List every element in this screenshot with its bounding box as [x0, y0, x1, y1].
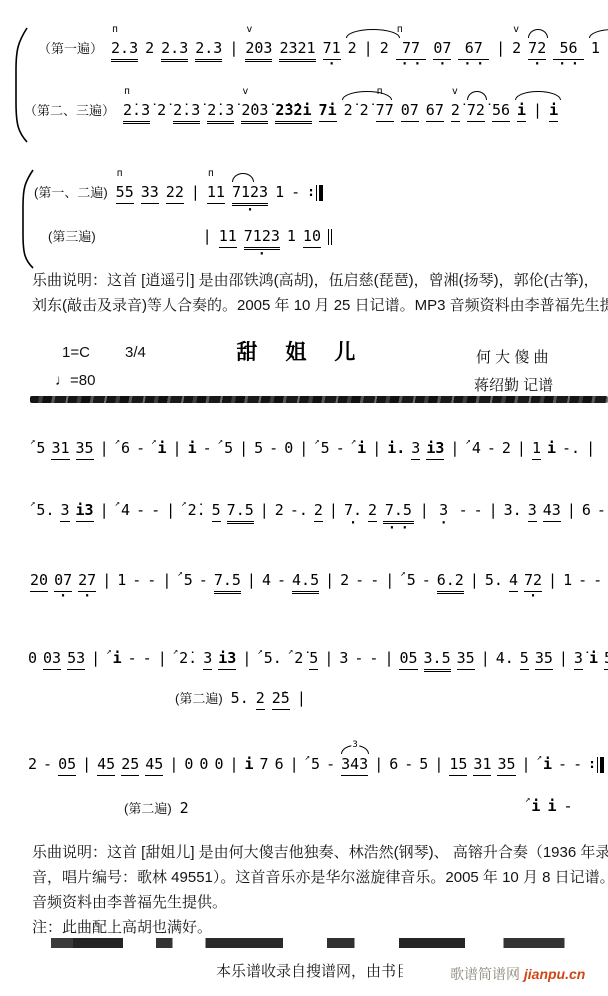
note-text: 56: [492, 102, 510, 119]
beam-underline: [116, 203, 134, 204]
beam-underline: [509, 591, 518, 592]
intro-music-line-pass1: （第一遍）п2.322.32.3|v203232171·2|2п77··07·6…: [38, 40, 608, 67]
note-stack: -: [143, 650, 152, 667]
note-text: 6.2: [437, 572, 464, 589]
note-token: 7.·: [344, 502, 362, 526]
note-text: |: [91, 650, 100, 667]
barline: |: [559, 650, 568, 667]
barline: |: [470, 572, 479, 589]
note-text: 2.3: [161, 40, 188, 57]
note-token: 2: [275, 502, 284, 519]
note-token: 2̇.3̇: [207, 102, 234, 124]
down-bow-icon: п: [117, 169, 123, 179]
note-token: 05: [399, 650, 417, 670]
note-stack: |: [559, 650, 568, 667]
beam-underline: [161, 59, 188, 60]
note-stack: 2: [256, 690, 265, 710]
beam-underline: [449, 775, 467, 776]
beam-underline: [123, 121, 150, 122]
note-token: 5: [604, 650, 608, 670]
note-stack: 2.3: [111, 40, 138, 62]
low-octave-dots: ·: [435, 521, 453, 526]
note-text: |: [299, 440, 308, 457]
note-text: 2̇.3̇: [123, 102, 150, 119]
triplet-number: 3: [351, 741, 358, 750]
note-stack: |: [384, 650, 393, 667]
note-stack: |: [372, 440, 381, 457]
watermark-domain: jianpu.cn: [524, 966, 585, 982]
note-text: 11: [219, 228, 237, 245]
note-stack: -: [136, 502, 145, 519]
slide-up-icon: ↗: [314, 438, 319, 447]
beam-underline: [457, 669, 475, 670]
pass-label: (第二遍): [175, 690, 223, 707]
note-token: -: [151, 502, 160, 519]
note-stack: 2̇.3̇: [207, 102, 234, 124]
note-text: |: [374, 756, 383, 773]
note-text: -: [459, 502, 468, 519]
note-stack: 2̇03̇: [241, 102, 268, 124]
note-token: 71·: [323, 40, 341, 67]
note-text: |: [100, 502, 109, 519]
note-stack: -: [487, 440, 496, 457]
note-stack: |: [102, 572, 111, 589]
note-text: 1: [591, 40, 600, 57]
token-row: |117123·110: [104, 228, 334, 257]
slide-up-icon: ↗: [181, 500, 186, 509]
note-text: |: [102, 572, 111, 589]
note-token: 11: [219, 228, 237, 248]
note-text: -: [404, 756, 413, 773]
note-stack: -: [474, 502, 483, 519]
beam-underline: [528, 521, 537, 522]
note-text: 2̇: [157, 102, 166, 119]
note-stack: 77: [376, 102, 394, 122]
note-text: |: [239, 440, 248, 457]
barline: |: [229, 40, 238, 57]
note-text: -: [132, 572, 141, 589]
note-text: 4: [262, 572, 271, 589]
note-text: -: [558, 756, 567, 773]
note-token: 72·: [528, 40, 546, 67]
note-stack: -.: [290, 502, 308, 519]
note-text: -: [422, 572, 431, 589]
note-text: 6: [389, 756, 398, 773]
note-token: v2̇03̇: [241, 102, 268, 124]
note-text: -: [203, 440, 212, 457]
note-stack: 5: [604, 650, 608, 670]
beam-underline: [520, 669, 529, 670]
note-text: 5.: [485, 572, 503, 589]
note-stack: 4: [262, 572, 271, 589]
note-text: 4.: [496, 650, 514, 667]
beam-underline: [437, 593, 464, 594]
note-token: 0: [28, 650, 37, 667]
note-token: 53: [67, 650, 85, 670]
note-stack: 0: [199, 756, 208, 773]
note-token: 5: [254, 440, 263, 457]
note-text: 11: [207, 184, 225, 201]
barline: |: [533, 102, 542, 119]
note-stack: |: [450, 440, 459, 457]
beam-underline: [195, 59, 222, 60]
note-text: i: [543, 756, 552, 773]
note-token: 25: [121, 756, 139, 776]
note-stack: |: [260, 502, 269, 519]
note-token: 6: [389, 756, 398, 773]
note-token: 4: [262, 572, 271, 589]
note-token: -: [422, 572, 431, 589]
note-text: 2: [340, 572, 349, 589]
note-token: 3·: [435, 502, 453, 526]
note-stack: 2̇.: [179, 650, 197, 667]
piece-notes-tianjieer: 乐曲说明：这首 [甜姐儿] 是由何大傻吉他独奏、林浩然(钢琴)、 高镕升合奏（1…: [32, 840, 608, 940]
sheet-music-page: （第一遍）п2.322.32.3|v203232171·2|2п77··07·6…: [0, 0, 608, 996]
beam-underline: [43, 669, 61, 670]
beam-underline: [451, 121, 460, 122]
note-token: 07: [401, 102, 419, 122]
note-stack: i: [543, 756, 552, 773]
note-token: -: [326, 756, 335, 773]
up-bow-icon: v: [242, 87, 248, 97]
note-stack: 1: [591, 40, 600, 57]
note-stack: 72·: [524, 572, 542, 599]
note-token: 2̇5: [272, 690, 290, 710]
note-token: -: [355, 572, 364, 589]
note-stack: |: [247, 572, 256, 589]
note-stack: 6: [275, 756, 284, 773]
note-token: 4.: [496, 650, 514, 667]
note-text: 2̇.3̇: [173, 102, 200, 119]
token-row: 2007·27·|1--|↗5-7.5|4-4.5|2--|↗5-6.2|5.4…: [30, 572, 608, 599]
note-text: 343: [341, 756, 368, 773]
note-stack: 0: [214, 756, 223, 773]
low-octave-dots: ·: [528, 62, 546, 67]
tie-arc: [232, 173, 254, 182]
note-text: 5.: [264, 650, 282, 667]
note-stack: 53: [67, 650, 85, 670]
note-token: 33: [141, 184, 159, 204]
note-token: 1: [591, 40, 600, 57]
barline: |: [434, 756, 443, 773]
note-token: 4.5: [292, 572, 319, 594]
note-stack: 3: [411, 440, 420, 460]
note-token: 2̇3̇2̇i: [275, 102, 311, 124]
note-token: 67··: [458, 40, 489, 67]
note-text: 3.: [504, 502, 522, 519]
note-text: 72: [528, 40, 546, 57]
notes-line: 音频资料由李普福先生提供。: [32, 890, 608, 915]
note-text: 203: [245, 40, 272, 57]
note-text: -: [128, 650, 137, 667]
note-text: 2̇03̇: [241, 102, 268, 119]
note-text: 2̇: [294, 650, 303, 667]
note-stack: 2: [180, 800, 189, 817]
note-text: |: [100, 440, 109, 457]
note-stack: 5: [184, 572, 193, 589]
note-stack: i: [517, 102, 526, 122]
beam-underline: [604, 669, 608, 670]
note-stack: 4.: [496, 650, 514, 667]
note-stack: i: [547, 798, 556, 815]
note-stack: 33: [141, 184, 159, 204]
note-text: 3: [339, 650, 348, 667]
note-token: ↗5: [314, 440, 329, 457]
note-stack: -: [291, 184, 300, 201]
note-text: 2321: [279, 40, 315, 57]
note-text: 7i: [319, 102, 337, 119]
note-stack: -: [269, 440, 278, 457]
slide-up-icon: ↗: [173, 648, 178, 657]
note-stack: -: [558, 756, 567, 773]
barline: |: [374, 756, 383, 773]
beam-underline: [401, 121, 419, 122]
note-text: |: [496, 40, 505, 57]
note-token: ↗i: [351, 440, 366, 457]
note-text: |: [82, 756, 91, 773]
note-stack: 07·: [433, 40, 451, 67]
note-stack: 1: [563, 572, 572, 589]
note-stack: |: [496, 40, 505, 57]
note-text: -: [336, 440, 345, 457]
note-stack: |: [191, 184, 200, 201]
note-text: i3: [218, 650, 236, 667]
note-text: 2: [275, 502, 284, 519]
note-stack: -: [151, 502, 160, 519]
beam-underline: [173, 121, 200, 122]
barline: |: [100, 440, 109, 457]
note-token: v2: [512, 40, 521, 57]
note-stack: 67: [426, 102, 444, 122]
note-text: 4: [509, 572, 518, 589]
note-token: -: [404, 756, 413, 773]
note-token: -: [573, 756, 582, 773]
repeat-end-sign: :: [588, 756, 604, 773]
note-stack: 5: [254, 440, 263, 457]
beam-underline: [399, 669, 417, 670]
note-text: 5: [224, 440, 233, 457]
note-token: 5: [419, 756, 428, 773]
note-token: 72̇: [467, 102, 485, 122]
pass-label: （第二、三遍）: [24, 102, 115, 119]
note-stack: 67··: [458, 40, 489, 67]
note-text: 2̇5: [272, 690, 290, 707]
note-stack: 3·: [435, 502, 453, 526]
note-text: 31: [51, 440, 69, 457]
note-stack: -: [578, 572, 587, 589]
token-row: 00353|↗i--|↗2̇.3i3|↗5.↗2̇5|3--|053.535|4…: [28, 650, 608, 672]
note-text: |: [559, 650, 568, 667]
note-token: ↗i: [525, 798, 540, 815]
note-token: -: [563, 798, 572, 815]
beam-underline: [60, 521, 69, 522]
note-token: п11: [207, 184, 225, 204]
token-row: п2̇.3̇2̇2̇.3̇2̇.3̇v2̇03̇2̇3̇2̇i7i2̇2̇п77…: [123, 102, 558, 124]
note-text: 45: [145, 756, 163, 773]
note-token: 45: [97, 756, 115, 776]
note-text: 0: [184, 756, 193, 773]
note-text: |: [548, 572, 557, 589]
beam-underline: [574, 669, 583, 670]
beam-underline: [532, 459, 541, 460]
note-text: 27: [78, 572, 96, 589]
tie-arc: [528, 29, 548, 38]
note-stack: 5: [419, 756, 428, 773]
note-text: 7: [260, 756, 269, 773]
note-stack: -: [597, 502, 606, 519]
beam-underline: [411, 459, 420, 460]
bar-thin: [316, 185, 318, 201]
note-text: |: [385, 572, 394, 589]
clipped-character: 目: [396, 960, 403, 981]
note-token: 3.: [504, 502, 522, 519]
note-stack: 0: [184, 756, 193, 773]
note-token: 5.: [485, 572, 503, 589]
note-text: 0: [199, 756, 208, 773]
note-token: 35: [535, 650, 553, 670]
note-text: 05: [399, 650, 417, 667]
note-stack: 5: [212, 502, 221, 522]
note-stack: -: [203, 440, 212, 457]
note-text: 5: [604, 650, 608, 667]
note-stack: i3: [76, 502, 94, 522]
note-stack: 5: [36, 440, 45, 457]
note-stack: i: [531, 798, 540, 815]
beam-underline: [368, 521, 377, 522]
note-token: 2: [314, 502, 323, 522]
note-stack: 3: [203, 650, 212, 670]
note-token: 0: [284, 440, 293, 457]
note-text: 03: [43, 650, 61, 667]
note-token: 31: [51, 440, 69, 460]
barline: |: [166, 502, 175, 519]
slide-up-icon: ↗: [30, 500, 35, 509]
tempo-marking: ♩=80: [55, 372, 95, 389]
note-text: 07: [54, 572, 72, 589]
note-text: 2: [28, 756, 37, 773]
note-stack: |: [481, 650, 490, 667]
source-credit-text: 本乐谱收录自搜谱网，由书: [216, 960, 396, 981]
notes-line: 乐曲说明：这首 [甜姐儿] 是由何大傻吉他独奏、林浩然(钢琴)、 高镕升合奏（1…: [32, 840, 608, 865]
barline: |: [191, 184, 200, 201]
beam-underline: [207, 203, 225, 204]
note-token: ↗5: [400, 572, 415, 589]
note-text: |: [517, 440, 526, 457]
note-text: 2̇.: [188, 502, 206, 519]
note-stack: |: [229, 40, 238, 57]
note-text: 5: [309, 650, 318, 667]
low-octave-dots: ·: [241, 208, 259, 213]
note-stack: 35: [535, 650, 553, 670]
low-octave-dots: ··: [396, 62, 427, 67]
score-line-2: ↗5.3i3|↗4--|↗2̇.57.5|2-.2|7.·27.5··|3·--…: [30, 502, 608, 531]
note-token: ↗2̇: [288, 650, 303, 667]
note-token: 1: [275, 184, 284, 201]
note-text: 22: [166, 184, 184, 201]
note-text: 55: [116, 184, 134, 201]
barline: |: [173, 440, 182, 457]
barline: |: [229, 756, 238, 773]
note-stack: -: [404, 756, 413, 773]
note-stack: 5.: [264, 650, 282, 667]
note-stack: 5: [407, 572, 416, 589]
beam-underline: [314, 521, 323, 522]
note-stack: i3: [426, 440, 444, 460]
note-stack: 2321: [279, 40, 315, 62]
barline: |: [522, 756, 531, 773]
note-text: |: [260, 502, 269, 519]
note-stack: 11: [219, 228, 237, 248]
note-text: 2̇: [451, 102, 460, 119]
beam-underline: [517, 121, 526, 122]
note-stack: -: [354, 650, 363, 667]
note-token: 03: [43, 650, 61, 670]
note-token: 72·: [524, 572, 542, 599]
note-token: ↗2̇.: [181, 502, 205, 519]
note-text: 3.5: [424, 650, 451, 667]
beam-underline: [426, 459, 444, 460]
note-stack: 77··: [396, 40, 427, 67]
note-text: 1: [532, 440, 541, 457]
note-stack: 4.5: [292, 572, 319, 594]
note-stack: 3: [60, 502, 69, 522]
note-token: -: [487, 440, 496, 457]
note-text: 1: [117, 572, 126, 589]
note-stack: |: [325, 572, 334, 589]
barline: |: [82, 756, 91, 773]
score-line-1: ↗53135|↗6-↗i|i-↗5|5-0|↗5-↗i|i.3i3|↗4-2|1…: [30, 440, 595, 460]
note-stack: 35: [457, 650, 475, 670]
note-token: v203: [245, 40, 272, 62]
note-stack: 7.·: [344, 502, 362, 526]
note-stack: 2̇: [157, 102, 166, 119]
note-stack: 3̇: [574, 650, 583, 670]
note-token: 2̇.3̇: [173, 102, 200, 124]
note-token: -: [578, 572, 587, 589]
low-octave-dots: ·: [524, 594, 542, 599]
note-token: ↗5: [177, 572, 192, 589]
note-stack: 2̇: [344, 102, 353, 119]
note-token: -: [291, 184, 300, 201]
note-token: 35: [76, 440, 94, 460]
note-stack: 45: [145, 756, 163, 776]
score-line-3: 2007·27·|1--|↗5-7.5|4-4.5|2--|↗5-6.2|5.4…: [30, 572, 608, 599]
note-text: i: [158, 440, 167, 457]
note-text: -: [597, 502, 606, 519]
note-token: 2̇: [360, 102, 369, 119]
note-stack: 11: [207, 184, 225, 204]
note-text: |: [420, 502, 429, 519]
note-text: 5: [311, 756, 320, 773]
note-token: -.: [562, 440, 580, 457]
note-stack: |: [324, 650, 333, 667]
note-token: 2: [145, 40, 154, 57]
note-stack: -: [593, 572, 602, 589]
note-text: 2̇: [360, 102, 369, 119]
note-text: 5.: [36, 502, 54, 519]
note-token: i3: [76, 502, 94, 522]
note-token: i: [517, 102, 526, 122]
note-stack: |: [517, 440, 526, 457]
note-stack: i: [547, 440, 556, 457]
note-token: 15: [449, 756, 467, 776]
note-text: 5: [419, 756, 428, 773]
note-text: i: [357, 440, 366, 457]
note-text: i: [245, 756, 254, 773]
slide-up-icon: ↗: [288, 648, 293, 657]
note-text: |: [191, 184, 200, 201]
beam-underline: [218, 669, 236, 670]
